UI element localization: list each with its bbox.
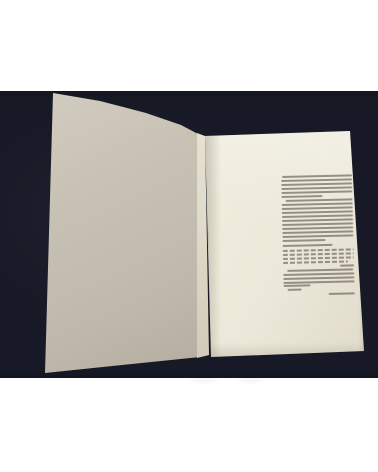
text-line-paragraph-3 (283, 284, 310, 286)
text-line-name-list (283, 256, 354, 259)
text-line-paragraph-2 (282, 234, 353, 237)
text-line-paragraph-2 (282, 214, 353, 217)
text-line-paragraph-3 (283, 272, 354, 275)
text-line-paragraph-2 (282, 226, 353, 229)
text-line-paragraph-1 (281, 195, 322, 198)
text-line-paragraph-2 (282, 206, 353, 209)
photo-edge-shadow (238, 379, 264, 382)
photo-dark-background (0, 91, 378, 378)
text-line-name-list (283, 260, 348, 263)
text-line-paragraph-2 (282, 239, 325, 242)
text-line-paragraph-1 (281, 186, 352, 189)
text-line-paragraph-1 (281, 190, 352, 193)
text-line-footer-date (287, 289, 301, 291)
text-line-paragraph-2 (282, 218, 353, 221)
photo-edge-shadow (190, 379, 218, 382)
text-line-footer-publisher (329, 292, 355, 294)
text-line-paragraph-1 (281, 178, 352, 181)
text-line-name-list (283, 252, 354, 255)
text-line-name-list (283, 248, 354, 251)
colophon-text-block (281, 173, 355, 299)
text-line-name-list-suffix (340, 264, 354, 266)
text-line-paragraph-2 (282, 202, 353, 205)
text-line-list-intro (283, 244, 333, 247)
text-line-paragraph-3 (283, 276, 354, 279)
right-page (205, 131, 365, 358)
text-line-paragraph-2 (282, 230, 353, 233)
text-line-paragraph-1 (282, 174, 352, 177)
text-line-paragraph-3 (287, 268, 352, 271)
book-photo (0, 0, 378, 472)
text-line-paragraph-3 (283, 280, 354, 283)
text-line-paragraph-2 (282, 222, 353, 225)
text-line-paragraph-2 (282, 210, 353, 213)
text-line-paragraph-2 (286, 198, 353, 201)
text-line-paragraph-1 (281, 182, 352, 185)
